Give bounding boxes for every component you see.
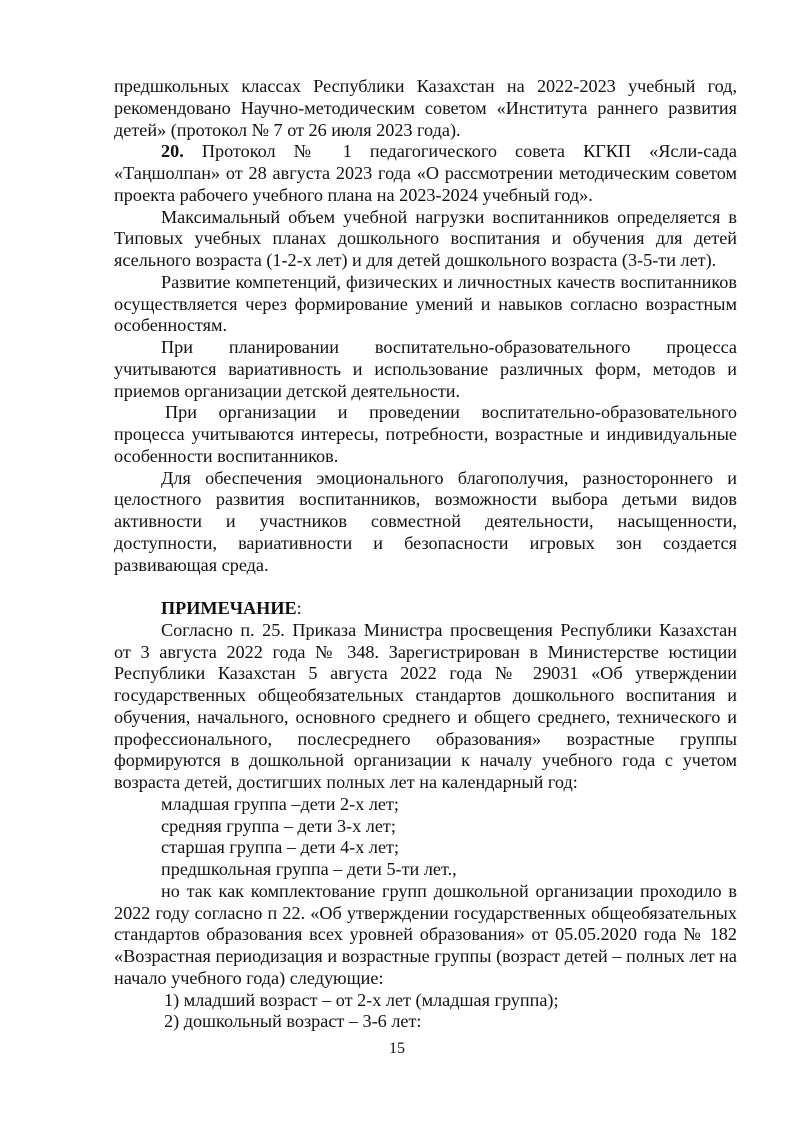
note-intro: Согласно п. 25. Приказа Министра просвещ… [114,620,737,794]
item-number: 20. [161,141,184,161]
paragraph-environment: Для обеспечения эмоционального благополу… [114,468,737,577]
document-page: предшкольных классах Республики Казахста… [114,76,737,1033]
age-period-item: 2) дошкольный возраст – 3-6 лет: [114,1011,737,1033]
group-item: средняя группа – дети 3-х лет; [114,816,737,838]
spacer [114,576,737,598]
page-number: 15 [0,1040,794,1058]
note-heading: ПРИМЕЧАНИЕ [161,598,297,618]
paragraph-protocol-20: 20. Протокол № 1 педагогического совета … [114,141,737,206]
paragraph-competencies: Развитие компетенций, физических и лично… [114,272,737,337]
note-heading-line: ПРИМЕЧАНИЕ: [114,598,737,620]
paragraph-planning: При планировании воспитательно-образоват… [114,337,737,402]
group-item: младшая группа –дети 2-х лет; [114,794,737,816]
paragraph-max-load: Максимальный объем учебной нагрузки восп… [114,207,737,272]
group-item: старшая группа – дети 4-х лет; [114,837,737,859]
paragraph-organization: При организации и проведении воспитатель… [114,402,737,467]
note-continuation: но так как комплектование групп дошкольн… [114,881,737,990]
protocol-text: Протокол № 1 педагогического совета КГКП… [114,141,737,205]
group-item: предшкольная группа – дети 5-ти лет., [114,859,737,881]
age-period-item: 1) младший возраст – от 2-х лет (младшая… [114,990,737,1012]
note-heading-colon: : [297,598,302,618]
paragraph-recommendation: предшкольных классах Республики Казахста… [114,76,737,141]
